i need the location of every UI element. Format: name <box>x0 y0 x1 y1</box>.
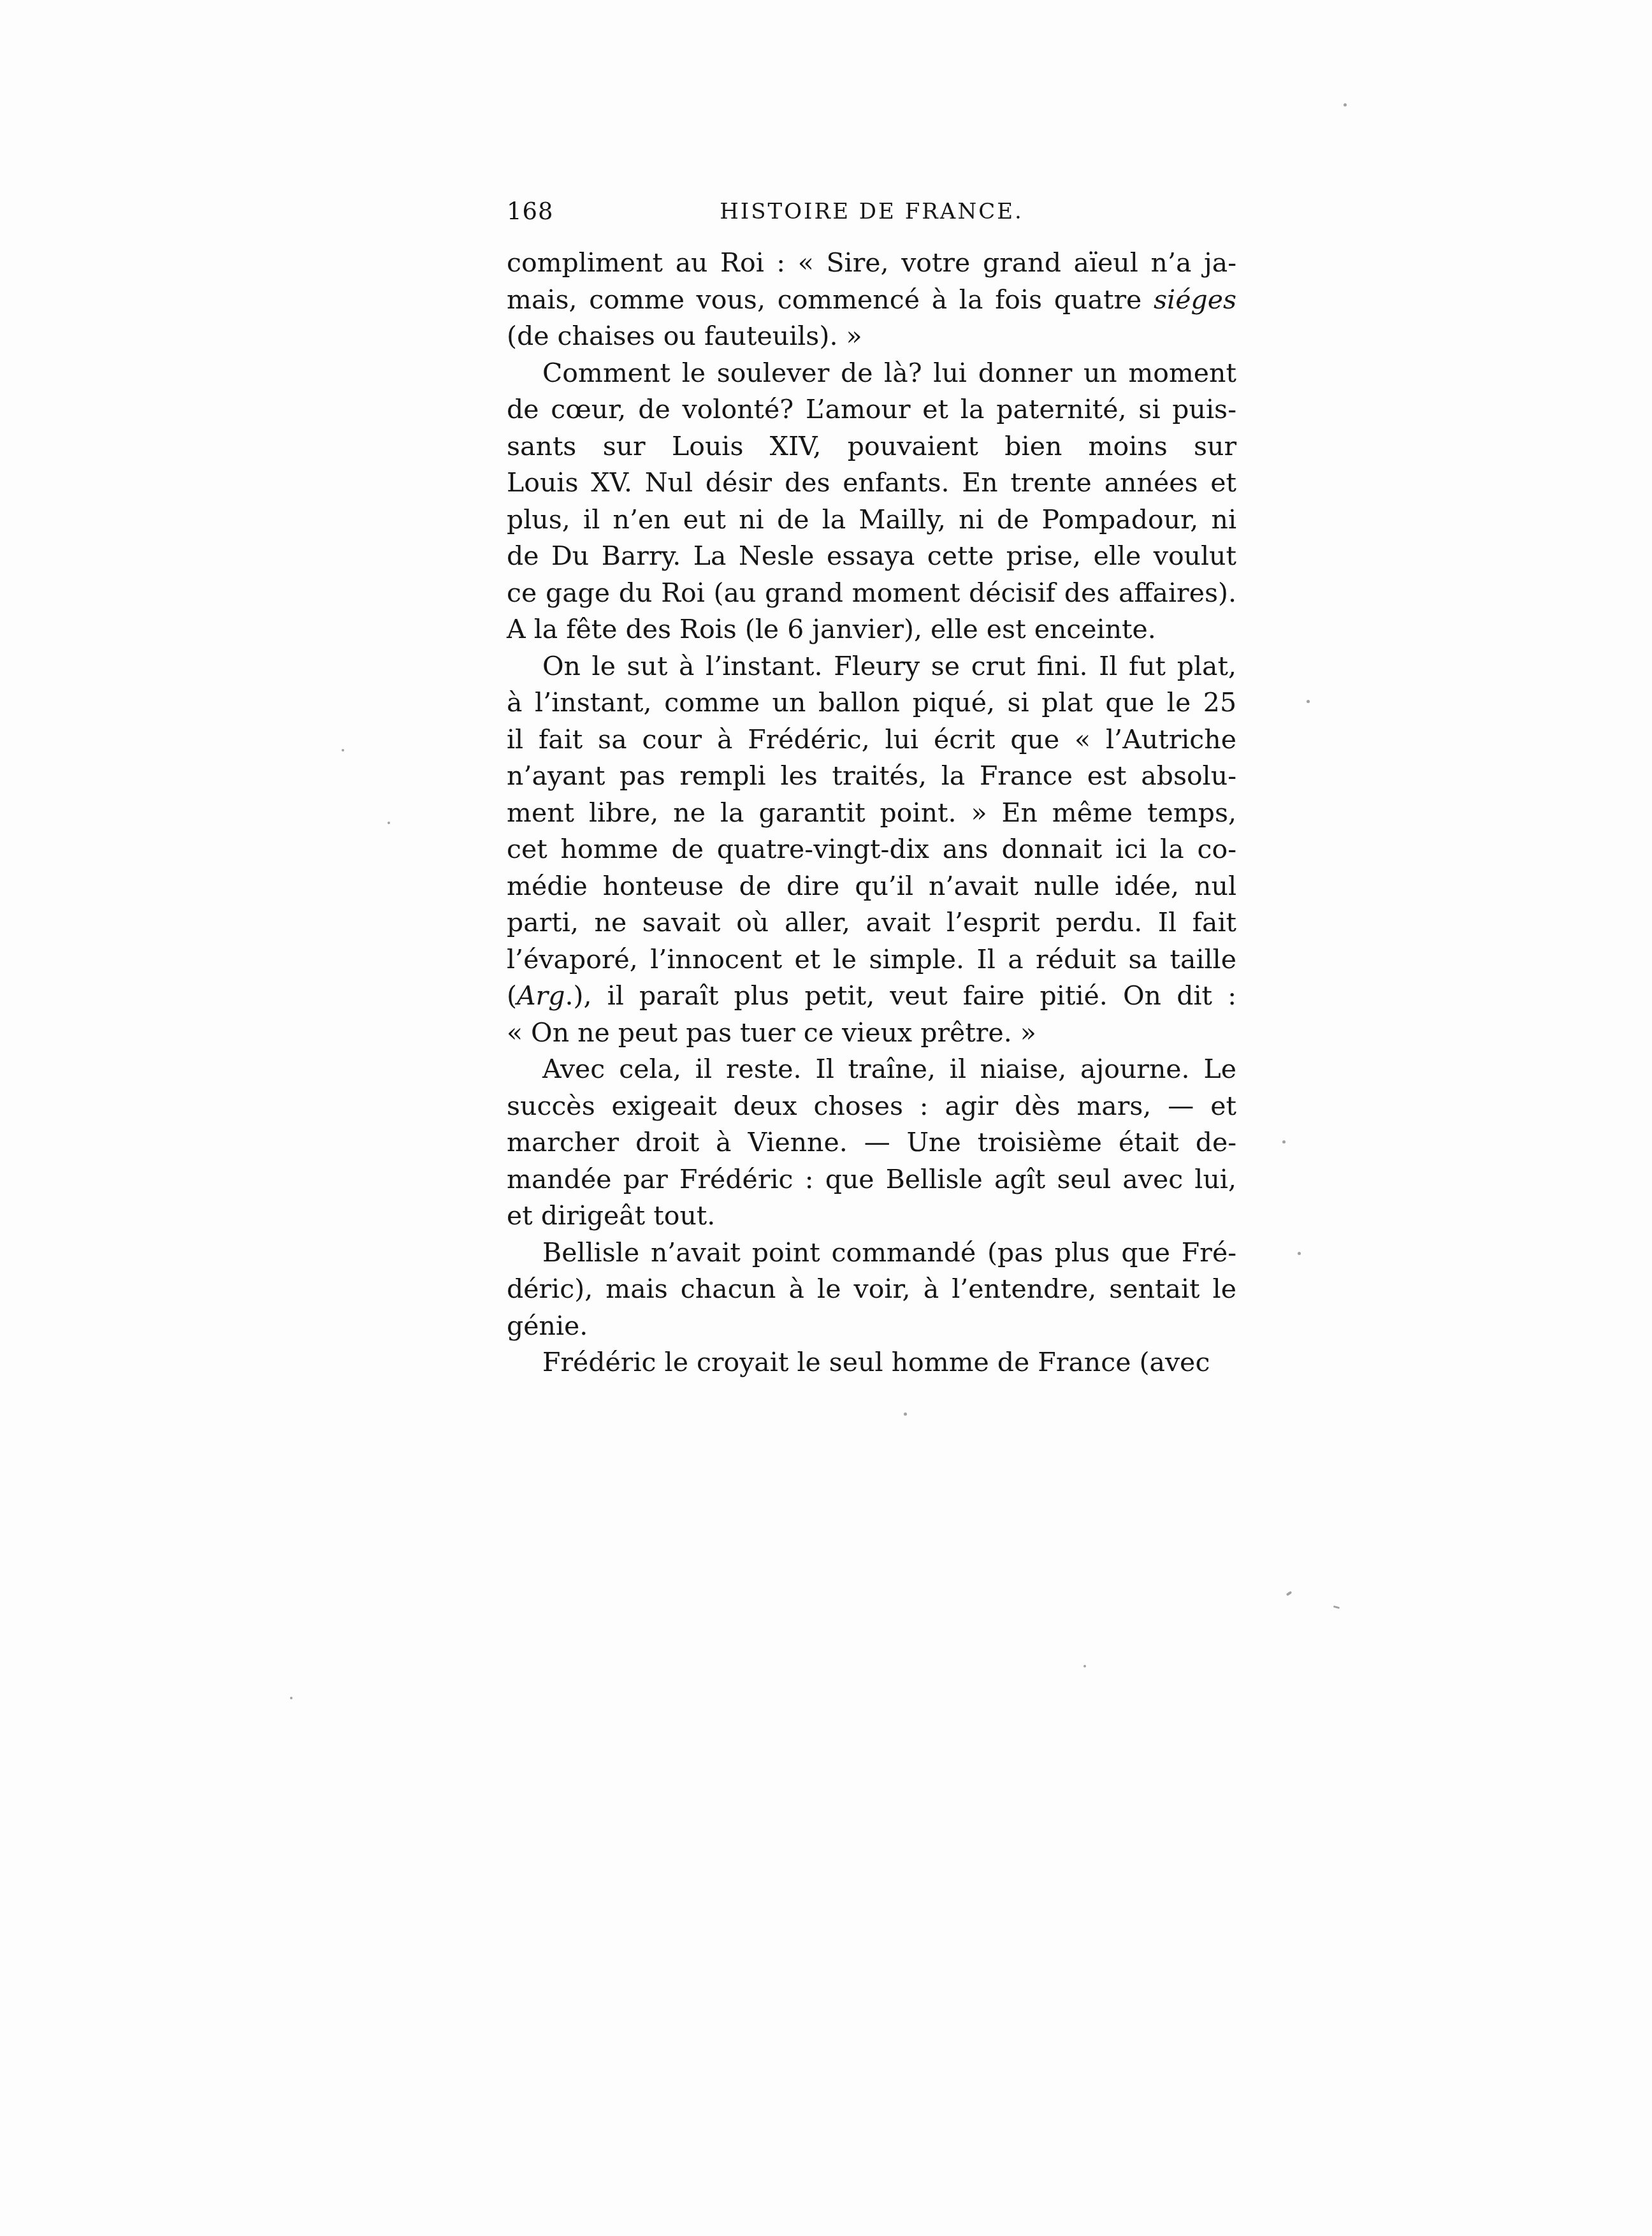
text-line: l’évaporé, l’innocent et le simple. Il a… <box>507 941 1236 978</box>
text-line: A la fête des Rois (le 6 janvier), elle … <box>507 611 1236 648</box>
text-line: sants sur Louis XIV, pouvaient bien moin… <box>507 428 1236 465</box>
text-line: ce gage du Roi (au grand moment décisif … <box>507 575 1236 612</box>
paragraph: compliment au Roi : « Sire, votre grand … <box>507 245 1236 355</box>
text-line: n’ayant pas rempli les traités, la Franc… <box>507 758 1236 795</box>
scan-speck <box>342 749 344 751</box>
text-line: cet homme de quatre-vingt-dix ans donnai… <box>507 831 1236 868</box>
text-line: succès exigeait deux choses : agir dès m… <box>507 1088 1236 1125</box>
text-line: compliment au Roi : « Sire, votre grand … <box>507 245 1236 282</box>
text-line: On le sut à l’instant. Fleury se crut fi… <box>507 648 1236 685</box>
text-line: mandée par Frédéric : que Bellisle agît … <box>507 1161 1236 1198</box>
text-line: de Du Barry. La Nesle essaya cette prise… <box>507 538 1236 575</box>
text-line: parti, ne savait où aller, avait l’espri… <box>507 904 1236 941</box>
scan-speck <box>1286 1591 1293 1596</box>
text-line: (de chaises ou fauteuils). » <box>507 318 1236 355</box>
text-body: compliment au Roi : « Sire, votre grand … <box>507 245 1236 1381</box>
scan-speck <box>1083 1665 1086 1667</box>
text-line: Frédéric le croyait le seul homme de Fra… <box>507 1344 1236 1381</box>
text-line: Avec cela, il reste. Il traîne, il niais… <box>507 1051 1236 1088</box>
text-line: « On ne peut pas tuer ce vieux prêtre. » <box>507 1015 1236 1052</box>
paragraph: Avec cela, il reste. Il traîne, il niais… <box>507 1051 1236 1235</box>
text-line: (Arg.), il paraît plus petit, veut faire… <box>507 978 1236 1015</box>
book-page: 168 HISTOIRE DE FRANCE. compliment au Ro… <box>0 0 1652 2236</box>
paragraph: Frédéric le croyait le seul homme de Fra… <box>507 1344 1236 1381</box>
text-line: médie honteuse de dire qu’il n’avait nul… <box>507 868 1236 905</box>
text-line: de cœur, de volonté? L’amour et la pater… <box>507 391 1236 428</box>
paragraph: Comment le soulever de là? lui donner un… <box>507 355 1236 648</box>
text-line: plus, il n’en eut ni de la Mailly, ni de… <box>507 502 1236 539</box>
text-line: mais, comme vous, commencé à la fois qua… <box>507 282 1236 319</box>
paragraph: Bellisle n’avait point commandé (pas plu… <box>507 1235 1236 1345</box>
scan-speck <box>904 1412 907 1416</box>
scan-speck <box>1333 1606 1340 1609</box>
text-line: à l’instant, comme un ballon piqué, si p… <box>507 685 1236 722</box>
text-line: génie. <box>507 1308 1236 1345</box>
paragraph: On le sut à l’instant. Fleury se crut fi… <box>507 648 1236 1052</box>
scan-speck <box>1282 1140 1286 1143</box>
scan-speck <box>1298 1252 1301 1255</box>
text-line: Comment le soulever de là? lui donner un… <box>507 355 1236 392</box>
text-line: Louis XV. Nul désir des enfants. En tren… <box>507 465 1236 502</box>
running-title: HISTOIRE DE FRANCE. <box>507 199 1236 224</box>
scan-speck <box>1307 700 1310 703</box>
text-line: Bellisle n’avait point commandé (pas plu… <box>507 1235 1236 1272</box>
scan-speck <box>290 1697 293 1699</box>
text-line: ment libre, ne la garantit point. » En m… <box>507 795 1236 832</box>
scan-speck <box>1344 103 1347 106</box>
text-line: marcher droit à Vienne. — Une troisième … <box>507 1124 1236 1161</box>
running-header: 168 HISTOIRE DE FRANCE. <box>507 196 1236 224</box>
scan-speck <box>388 822 390 824</box>
text-line: il fait sa cour à Frédéric, lui écrit qu… <box>507 722 1236 759</box>
text-line: et dirigeât tout. <box>507 1198 1236 1235</box>
text-line: déric), mais chacun à le voir, à l’enten… <box>507 1271 1236 1308</box>
